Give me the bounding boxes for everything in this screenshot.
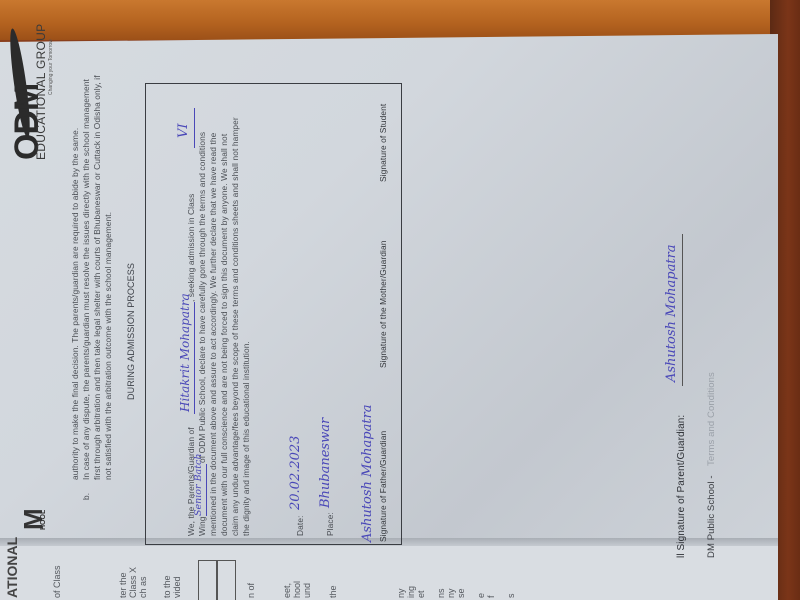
section-title: DURING ADMISSION PROCESS — [126, 263, 136, 400]
prev-fragment: Class X — [128, 567, 138, 598]
father-signature-label: Signature of Father/Guardian — [378, 431, 388, 542]
prev-fragment: vided — [172, 576, 182, 598]
mother-signature-label: Signature of the Mother/Guardian — [378, 240, 388, 368]
declaration-line6: the dignity and image of this educationa… — [241, 341, 251, 536]
clause-b-line: not satisfied with the arbitration outco… — [103, 212, 113, 480]
prev-fragment: the — [328, 585, 338, 598]
footer-school: DM Public School - — [706, 475, 717, 558]
class-underline — [194, 108, 195, 148]
rotated-page-content: ATIONAL M HOOL of Class ter the Class X … — [0, 0, 800, 600]
date-label: Date: — [295, 515, 305, 536]
declaration-line5: claim any undue advantage/fees beyond th… — [230, 117, 240, 536]
wing-underline — [206, 464, 207, 516]
declaration-line3: mentioned in the document above and assu… — [208, 133, 218, 536]
place-label: Place: — [325, 512, 335, 536]
prev-fragment: e — [476, 593, 486, 598]
prev-fragment: ny — [396, 588, 406, 598]
clause-b-marker: b. — [81, 493, 91, 500]
logo-subtitle: EDUCATIONAL GROUP — [34, 24, 48, 160]
prev-fragment: eet, — [282, 583, 292, 598]
clause-b-line: first through arbitration and then take … — [92, 75, 102, 480]
clause-b-line: In case of any dispute, the parents/guar… — [81, 79, 91, 480]
prev-fragment: of Class — [52, 565, 62, 598]
intro-line: authority to make the final decision. Th… — [70, 128, 80, 480]
prev-logo-fragment: ATIONAL — [4, 537, 20, 598]
final-signature-value: Ashutosh Mohapatra — [664, 244, 679, 382]
prev-fragment: ter the — [118, 572, 128, 598]
prev-table-cell — [198, 560, 218, 600]
final-signature-label: ll Signature of Parent/Guardian: — [676, 415, 687, 558]
footer-doc: Terms and Conditions — [706, 372, 717, 466]
class-field: VI — [176, 123, 191, 138]
prev-fragment: et — [416, 590, 426, 598]
place-field: Bhubaneswar — [318, 418, 333, 508]
prev-fragment: to the — [162, 575, 172, 598]
prev-fragment: ns — [436, 588, 446, 598]
prev-logo-hool: HOOL — [40, 510, 47, 530]
wing-label: Wing — [197, 517, 207, 536]
prev-fragment: ch as — [138, 576, 148, 598]
declaration-line1-suffix: , seeking admission in Class — [186, 194, 196, 302]
prev-fragment: ing — [406, 586, 416, 598]
prev-fragment: n of — [246, 583, 256, 598]
prev-fragment: s — [506, 594, 516, 599]
student-name-field: Hitakrit Mohapatra — [178, 293, 192, 412]
final-signature-line — [682, 234, 683, 386]
student-signature-label: Signature of Student — [378, 104, 388, 182]
logo-tagline: Changing your Tomorrow — [48, 39, 54, 95]
student-name-underline — [194, 302, 195, 414]
prev-fragment: se — [456, 588, 466, 598]
prev-table-cell — [216, 560, 236, 600]
date-field: 20.02.2023 — [288, 436, 303, 510]
prev-fragment: f — [486, 595, 496, 598]
declaration-line2: of ODM Public School, declare to have ca… — [197, 132, 207, 463]
declaration-line4: document with our full conscience and ar… — [219, 134, 229, 536]
prev-fragment: ny — [446, 588, 456, 598]
prev-fragment: hool — [292, 581, 302, 598]
prev-fragment: und — [302, 583, 312, 598]
father-signature: Ashutosh Mohapatra — [360, 404, 375, 542]
